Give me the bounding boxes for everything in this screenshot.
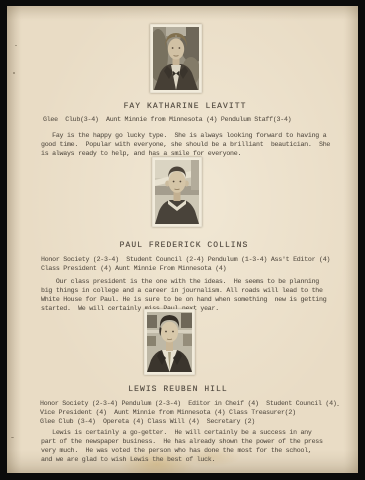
bio-paragraph: Fay is the happy go lucky type. She is a… — [41, 131, 330, 158]
activities-line: Glee Club (3-4) Opereta (4) Class Will (… — [40, 417, 337, 426]
bio-line: part of the newspaper business. He has a… — [41, 437, 323, 446]
activities-line: Vice President (4) Aunt Minnie from Minn… — [40, 408, 337, 417]
student-name: FAY KATHARINE LEAVITT — [124, 102, 247, 111]
activities-list: Honor Society (2-3-4) Pendulum (2-3-4) E… — [40, 399, 337, 426]
student-name: PAUL FREDERICK COLLINS — [120, 241, 249, 250]
portrait-young-man-jacket — [147, 312, 192, 372]
scan-artifact — [15, 45, 17, 46]
activities-list: Glee Club(3-4) Aunt Minnie from Minnesot… — [43, 115, 291, 124]
activities-line: Honor Society (2-3-4) Pendulum (2-3-4) E… — [40, 399, 337, 408]
activities-line: Glee Club(3-4) Aunt Minnie from Minnesot… — [43, 115, 291, 124]
scan-border: FAY KATHARINE LEAVITT Glee Club(3-4) Aun… — [0, 0, 365, 480]
bio-line: Lewis is certainly a go-getter. He will … — [41, 428, 323, 437]
student-photo — [150, 24, 202, 93]
activities-line: Honor Society (2-3-4) Student Council (2… — [41, 255, 330, 264]
scan-artifact — [11, 437, 14, 438]
bio-line: big things in college and a career in jo… — [41, 286, 326, 295]
bio-line: good time. Popular with everyone, she sh… — [41, 140, 330, 149]
student-name: LEWIS REUBEN HILL — [128, 385, 227, 394]
bio-line: Fay is the happy go lucky type. She is a… — [41, 131, 330, 140]
student-photo — [144, 309, 195, 375]
bio-line: Our class president is the one with the … — [41, 277, 326, 286]
scan-artifact — [337, 405, 339, 406]
bio-paragraph: Lewis is certainly a go-getter. He will … — [41, 428, 323, 464]
activities-line: Class President (4) Aunt Minnie From Min… — [41, 264, 330, 273]
portrait-young-woman — [153, 27, 199, 90]
bio-line: White House for Paul. He is sure to be o… — [41, 295, 326, 304]
bio-line: and we are glad to wish Lewis the best o… — [41, 455, 323, 464]
bio-line: very much. He was voted the person who h… — [41, 446, 323, 455]
bio-paragraph: Our class president is the one with the … — [41, 277, 326, 313]
yearbook-page: FAY KATHARINE LEAVITT Glee Club(3-4) Aun… — [7, 6, 358, 473]
portrait-young-man-sweater — [155, 160, 199, 224]
activities-list: Honor Society (2-3-4) Student Council (2… — [41, 255, 330, 273]
student-photo — [152, 157, 202, 227]
scan-artifact — [13, 72, 15, 74]
